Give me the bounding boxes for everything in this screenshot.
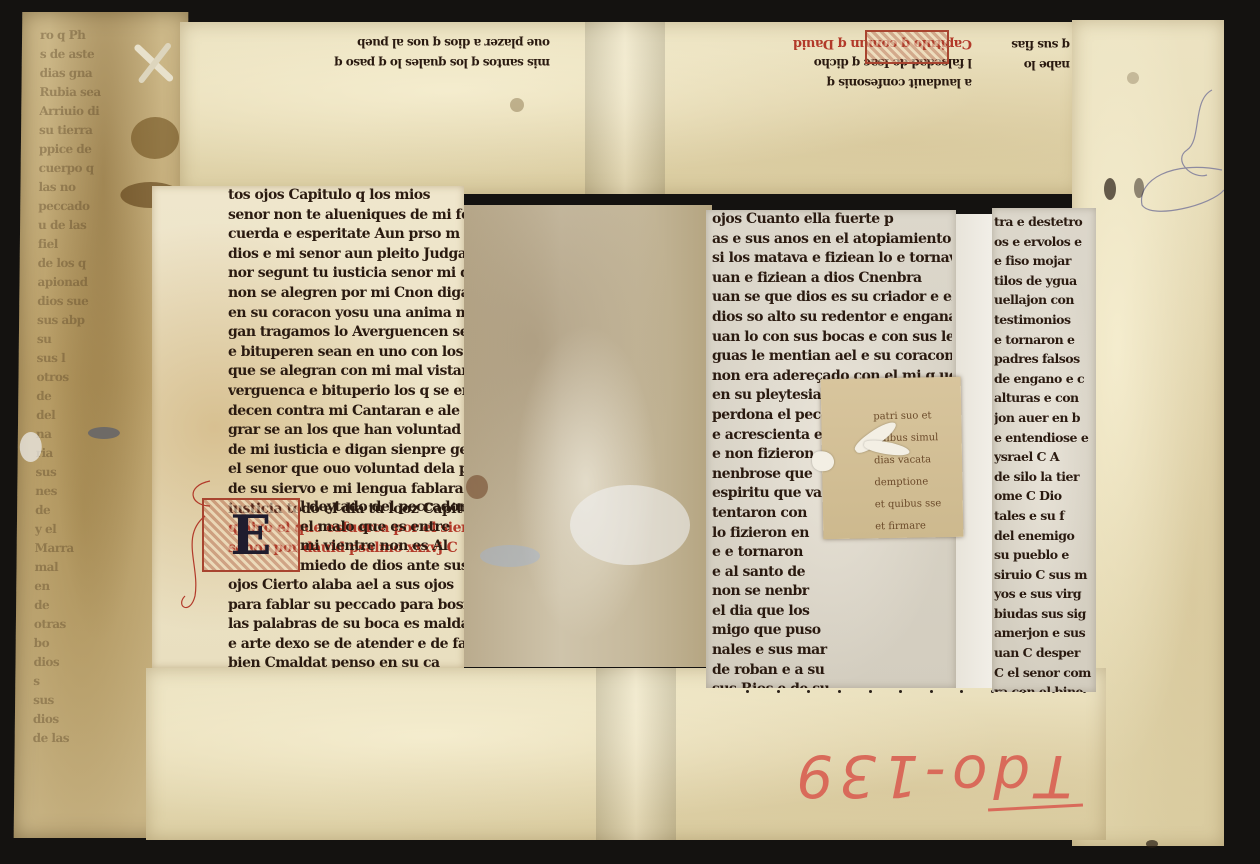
text-line: decen contra mi Cantaran e ale [228,402,464,422]
text-line: dios [33,710,123,729]
text-line: de roban e a su [712,661,952,681]
hole [1146,840,1158,848]
text-line: ojos Cierto alaba ael a sus ojos [228,576,464,596]
text-line: tilos de ygua [994,271,1096,291]
text-line: C el senor com [994,663,1096,683]
top-illuminated-initial [865,30,949,64]
text-line: sus abp [37,311,127,330]
stain [570,485,690,565]
text-line: dios sue [37,292,127,311]
text-line: grar se an los que han voluntad [228,421,464,441]
text-line: tos ojos Capitulo q los mios [228,186,464,206]
text-line: el malo que es entre [300,518,464,538]
stain [466,475,488,499]
text-line: e tornaron e [994,330,1096,350]
text-line: ra con el bine [994,682,1096,692]
text-line: bien Cmaldat penso en su ca [228,654,464,668]
text-line: fiel [38,235,128,254]
text-line: bo [34,634,124,653]
text-line: uan e fiziean a dios Cnenbra [712,269,952,289]
text-line: nor segunt tu iusticia senor mi dios e [228,264,464,284]
column-1-text-bottom: ojos Cierto alaba ael a sus ojos para fa… [228,576,464,668]
text-line: yos e sus virg [994,584,1096,604]
pen-flourish [1132,80,1224,220]
text-line: miedo de dios ante sus [300,557,464,577]
text-line: verguenca e bituperio los q se engra [228,382,464,402]
text-line: padres falsos [994,349,1096,369]
text-line: uan se que dios es su criador e el [712,288,952,308]
text-line: ro q Ph [40,26,130,45]
text-line: de los q [38,254,128,273]
text-line: nabe lo [990,54,1070,74]
text-line: migo que puso [712,621,952,641]
worn-central-panel [460,205,712,667]
text-line: Arriuio di [39,102,129,121]
shelfmark-annotation: Tdo-139 [761,730,1101,810]
text-line: las no [38,178,128,197]
text-line: del enemigo [994,526,1096,546]
text-line: tales e su f [994,506,1096,526]
text-line: ome C Dio [994,486,1096,506]
text-line: senor non te alueniques de mi fe [228,206,464,226]
text-line: de mi iusticia e digan sienpre gesterc [228,441,464,461]
text-line: e arte dexo se de atender e de fazer [228,635,464,655]
text-line: non se alegren por mi Cnon digan [228,284,464,304]
text-line: uellajon con [994,290,1096,310]
text-line: as e sus anos en el atopiamiento [712,230,952,250]
text-line: e fiso mojar [994,251,1096,271]
text-line: guas le mentian ael e su coracon [712,347,952,367]
text-line: mis santos q los quales lo q paso q [220,52,550,72]
manuscript-page-far-right: tra e destetro os e ervolos e e fiso moj… [992,208,1096,692]
parchment-tie [812,451,834,471]
stain [510,98,524,112]
text-line: de su siervo e mi lengua fablara tu [228,480,464,500]
text-line: ppice de [39,140,129,159]
text-line: de engano e c [994,369,1096,389]
text-line: si los matava e fiziean lo e tornava [712,249,952,269]
text-line: nales e sus mar [712,641,952,661]
hole [1104,178,1116,200]
text-line: dios [33,653,123,672]
text-line: cuerda e esperitate Aun prso m [228,225,464,245]
text-line: ria [36,444,126,463]
hole [1127,72,1139,84]
text-line: tra e destetro [994,212,1096,232]
text-line: testimonios [994,310,1096,330]
latin-patch: patri suo et quibus simul dias vacata de… [821,377,964,539]
text-line: s de aste [40,45,130,64]
text-line: alturas e con [994,388,1096,408]
text-line: apionad [37,273,127,292]
manuscript-page-left: tos ojos Capitulo q los mios senor non t… [152,186,464,668]
text-line: e bituperen sean en uno con los [228,343,464,363]
initial-flourish [170,476,230,626]
text-line: ojos Cuanto ella fuerte p [712,210,952,230]
column-1-text-continued: l deytado del peccador por el malo que e… [300,498,464,578]
hole [1134,178,1144,198]
text-line: et quibus sse [823,493,963,517]
text-line: de [35,501,125,520]
text-line: s [33,672,123,691]
top-side-text: nabe lo q sus fias [990,30,1070,74]
text-line: nes [35,482,125,501]
stain [480,545,540,567]
text-line: demptione [822,471,962,495]
text-line: l deytado del peccador por [300,498,464,518]
text-line: e al santo de [712,563,952,583]
text-line: peccado [38,197,128,216]
text-line: gan tragamos lo Averguencen se e [228,323,464,343]
text-line: os e ervolos e [994,232,1096,252]
bottom-binding-strip: Tdo-139 [146,668,1106,840]
text-line: dios so alto su redentor e engana [712,308,952,328]
text-line: otros [36,368,126,387]
left-strip-text: ro q Ph s de aste dias gna Rubia sea Arr… [32,26,130,826]
text-line: e e tornaron [712,543,952,563]
cross-mark-icon [132,40,176,84]
text-line: su pueblo e [994,545,1096,565]
text-line: otras [34,615,124,634]
stain [131,117,179,159]
text-line: q sus fias [990,35,1070,55]
text-line: oue plazer a dios q uos al pueb [220,33,550,53]
text-line: cuerpo q [39,159,129,178]
text-line: su [37,330,127,349]
metal-fastener [88,427,120,439]
text-line: uan C desper [994,643,1096,663]
text-line: el senor que ouo voluntad dela pro [228,460,464,480]
text-line: biudas sus sig [994,604,1096,624]
top-binding-strip: mis santos q los quales lo q paso q oue … [180,22,1080,194]
text-line: Rubia sea [39,83,129,102]
text-line: de [34,596,124,615]
text-line: jon auer en b [994,408,1096,428]
column-3-text: tra e destetro os e ervolos e e fiso moj… [994,212,1096,692]
text-line: las palabras de su boca es maldat [228,615,464,635]
text-line: uan lo con sus bocas e con sus len [712,328,952,348]
text-line: et firmare [823,515,963,539]
fold-crease [596,668,676,840]
text-line: siruio C sus m [994,565,1096,585]
text-line: Marra [35,539,125,558]
text-line: sus [35,463,125,482]
text-line: ysrael C A [994,447,1096,467]
text-line: en [34,577,124,596]
text-line: e entendiose e [994,428,1096,448]
fold-crease [585,22,665,194]
text-line: y el [35,520,125,539]
text-line: mal [34,558,124,577]
text-line: dios e mi senor aun pleito Judgame se [228,245,464,265]
text-line: que se alegran con mi mal vistan [228,362,464,382]
text-line: a laudauit confesonis q [692,72,972,92]
text-line: en su coracon yosu una anima mi di [228,304,464,324]
text-line: sus Rios e de su [712,680,952,688]
text-line: u de las [38,216,128,235]
text-line: el dia que los [712,602,952,622]
text-line: sus l [37,349,127,368]
text-line: non se nenbr [712,582,952,602]
text-line: de silo la tier [994,467,1096,487]
text-line: sus [33,691,123,710]
text-line: dias gna [40,64,130,83]
text-line: para fablar su peccado para bosrear [228,596,464,616]
text-line: su tierra [39,121,129,140]
text-line: del [36,406,126,425]
text-line: de [36,387,126,406]
text-line: mi vientre non es Al [300,537,464,557]
text-line: amerjon e sus [994,623,1096,643]
top-left-text: mis santos q los quales lo q paso q oue … [220,28,550,72]
text-line: de las [33,729,123,748]
